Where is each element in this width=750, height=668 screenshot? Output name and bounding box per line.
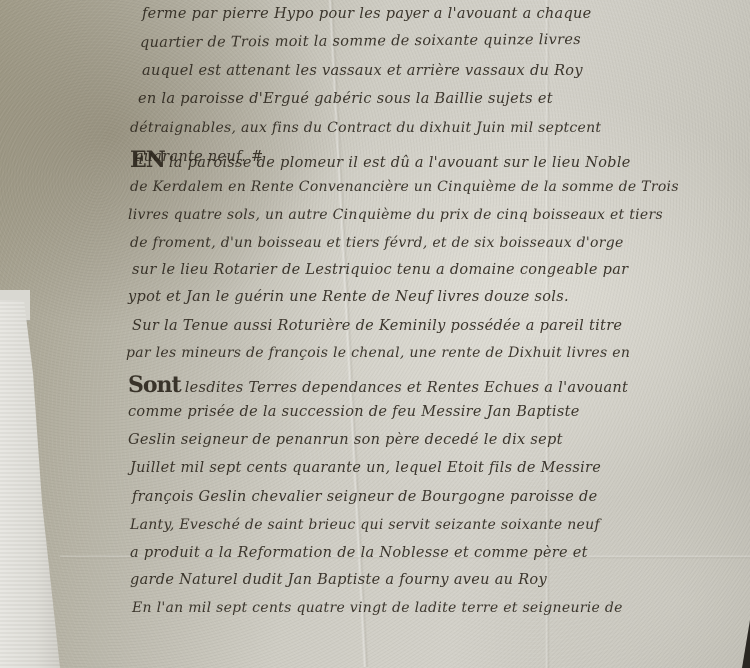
manuscript-line: Sur la Tenue aussi Roturière de Keminily…: [132, 318, 622, 334]
manuscript-line: Lanty, Evesché de saint brieuc qui servi…: [130, 517, 600, 533]
manuscript-line: ypot et Jan le guérin une Rente de Neuf …: [128, 289, 569, 305]
manuscript-line-text: la paroisse de plomeur il est dû a l'avo…: [169, 155, 631, 171]
manuscript-line: ENla paroisse de plomeur il est dû a l'a…: [130, 147, 631, 173]
manuscript-line: En l'an mil sept cents quatre vingt de l…: [132, 600, 623, 616]
manuscript-line: garde Naturel dudit Jan Baptiste a fourn…: [130, 572, 547, 588]
manuscript-line: comme prisée de la succession de feu Mes…: [128, 404, 580, 420]
manuscript-line: en la paroisse d'Ergué gabéric sous la B…: [138, 91, 553, 107]
manuscript-line: livres quatre sols, un autre Cinquième d…: [128, 207, 663, 223]
manuscript-line: Juillet mil sept cents quarante un, lequ…: [130, 460, 601, 476]
manuscript-line: détraignables, aux fins du Contract du d…: [130, 120, 601, 136]
manuscript-text: ferme par pierre Hypo pour les payer a l…: [118, 0, 748, 668]
manuscript-line: Geslin seigneur de penanrun son père dec…: [128, 432, 563, 448]
paragraph-initial: Sont: [128, 372, 181, 398]
manuscript-line: par les mineurs de françois le chenal, u…: [126, 345, 630, 361]
manuscript-line-text: lesdites Terres dependances et Rentes Ec…: [185, 380, 628, 396]
manuscript-line: quartier de Trois moit la somme de soixa…: [140, 32, 581, 51]
manuscript-line: de froment, d'un boisseau et tiers févrd…: [130, 235, 624, 251]
manuscript-photo: ferme par pierre Hypo pour les payer a l…: [0, 0, 750, 668]
paragraph-initial: EN: [130, 147, 165, 173]
cloth-underlay: [0, 300, 60, 668]
manuscript-line: françois Geslin chevalier seigneur de Bo…: [132, 489, 597, 505]
manuscript-line: Sontlesdites Terres dependances et Rente…: [128, 372, 628, 398]
manuscript-line: a produit a la Reformation de la Nobless…: [130, 545, 588, 561]
manuscript-line: auquel est attenant les vassaux et arriè…: [142, 63, 583, 79]
manuscript-line: ferme par pierre Hypo pour les payer a l…: [142, 6, 592, 22]
manuscript-line: de Kerdalem en Rente Convenancière un Ci…: [130, 179, 679, 195]
manuscript-line: sur le lieu Rotarier de Lestriquioc tenu…: [132, 262, 628, 278]
